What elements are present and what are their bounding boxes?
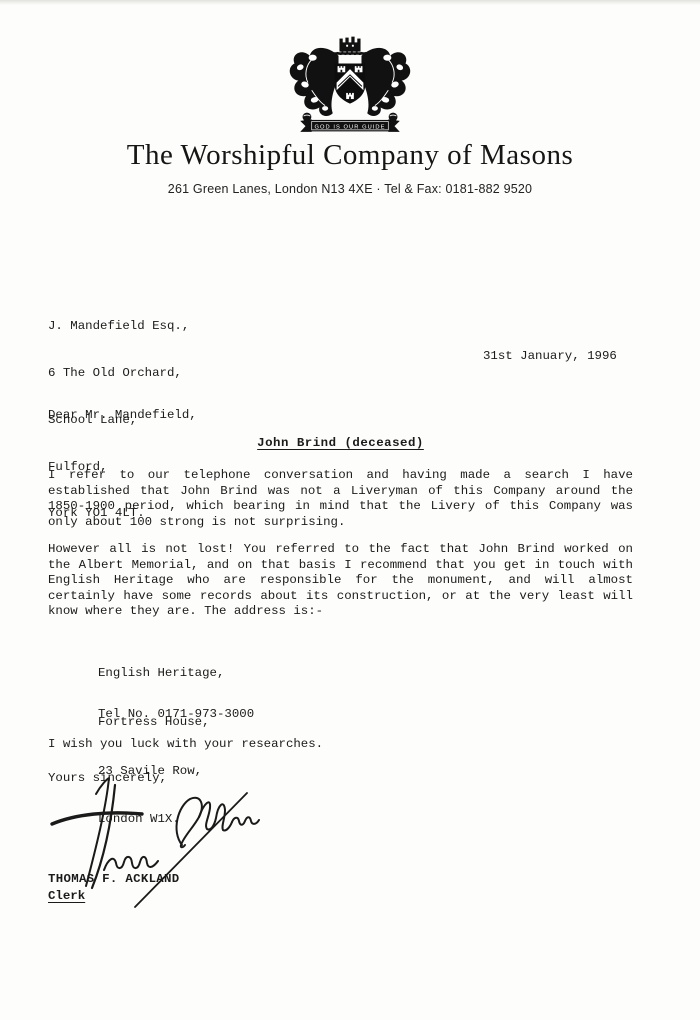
masons-company-crest: GOD IS OUR GUIDE [283,36,417,133]
crest-castle-icon [339,37,360,52]
signatory-name: THOMAS F. ACKLAND [48,872,180,888]
address-line: English Heritage, [98,665,224,681]
crest-motto-banner: GOD IS OUR GUIDE [300,119,400,131]
valediction: Yours sincerely, [48,771,167,787]
crest-mantling-right [361,48,410,116]
recipient-line: J. Mandefield Esq., [48,319,189,335]
salutation: Dear Mr. Mandefield, [48,408,197,424]
crest-shield [335,63,366,103]
closing-line: I wish you luck with your researches. [48,737,323,753]
subject-line: John Brind (deceased) [48,436,633,452]
crest-wreath [334,52,367,55]
address-line: London W1X. [98,811,224,827]
crest-mantling-left [290,48,339,116]
crest-motto: GOD IS OUR GUIDE [314,124,385,130]
body-paragraph: I refer to our telephone conversation an… [48,468,633,530]
scanned-letter-page: GOD IS OUR GUIDE The Worshipful Company … [0,0,700,1020]
signatory-role: Clerk [48,889,85,905]
company-title: The Worshipful Company of Masons [0,139,700,172]
telephone-line: Tel No. 0171-973-3000 [98,707,254,723]
company-address-line: 261 Green Lanes, London N13 4XE · Tel & … [0,182,700,196]
recipient-line: 6 The Old Orchard, [48,366,189,382]
body-paragraph: However all is not lost! You referred to… [48,542,633,620]
letter-date: 31st January, 1996 [483,349,617,365]
